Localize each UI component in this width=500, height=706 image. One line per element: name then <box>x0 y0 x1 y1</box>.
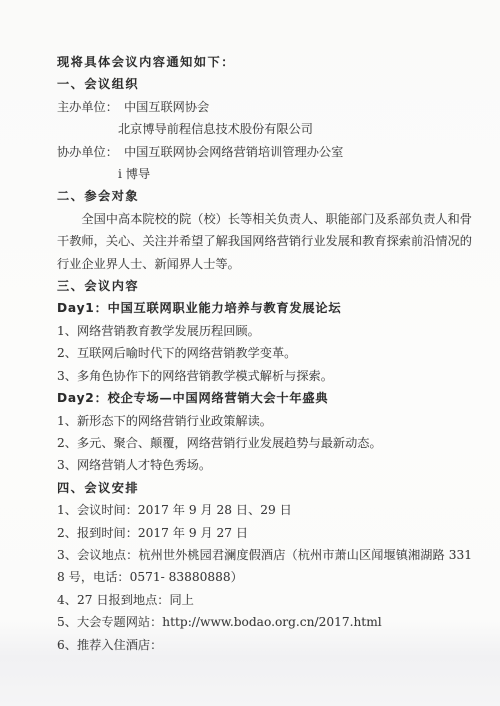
cohost-label: 协办单位： <box>57 145 118 159</box>
day2-title: Day2：校企专场—中国网络营销大会十年盛典 <box>57 387 472 409</box>
cohost-value: 中国互联网协会网络营销培训管理办公室 <box>124 145 343 159</box>
day2-item-3: 3、网络营销人才特色秀场。 <box>57 454 472 476</box>
host-label: 主办单位： <box>57 100 118 114</box>
day1-item-1: 1、网络营销教育教学发展历程回顾。 <box>57 320 472 342</box>
notice-body: 现将具体会议内容通知如下： 一、会议组织 主办单位：中国互联网协会 北京博导前程… <box>57 51 472 656</box>
arrangement-item-1: 1、会议时间：2017 年 9 月 28 日、29 日 <box>57 499 472 521</box>
cohost-line: 协办单位：中国互联网协会网络营销培训管理办公室 <box>57 141 472 163</box>
day1-item-3: 3、多角色协作下的网络营销教学模式解析与探索。 <box>57 365 472 387</box>
arrangement-item-4: 4、27 日报到地点：同上 <box>57 589 472 611</box>
day1-title: Day1：中国互联网职业能力培养与教育发展论坛 <box>57 297 472 319</box>
scanned-notice-page: 现将具体会议内容通知如下： 一、会议组织 主办单位：中国互联网协会 北京博导前程… <box>0 0 500 706</box>
host-line-2: 北京博导前程信息技术股份有限公司 <box>57 118 472 140</box>
section-4-heading: 四、会议安排 <box>57 477 472 499</box>
arrangement-item-2: 2、报到时间：2017 年 9 月 27 日 <box>57 522 472 544</box>
intro-line: 现将具体会议内容通知如下： <box>57 51 472 73</box>
section-3-heading: 三、会议内容 <box>57 275 472 297</box>
section-2-heading: 二、参会对象 <box>57 185 472 207</box>
arrangement-item-3: 3、会议地点：杭州世外桃园君澜度假酒店（杭州市萧山区闻堰镇湘湖路 3318 号，… <box>57 544 472 589</box>
day2-item-2: 2、多元、聚合、颠覆，网络营销行业发展趋势与最新动态。 <box>57 432 472 454</box>
arrangement-item-6: 6、推荐入住酒店： <box>57 634 472 656</box>
day2-item-1: 1、新形态下的网络营销行业政策解读。 <box>57 410 472 432</box>
arrangement-item-5: 5、大会专题网站：http://www.bodao.org.cn/2017.ht… <box>57 611 472 633</box>
cohost-line-2: i 博导 <box>57 163 472 185</box>
audience-paragraph: 全国中高本院校的院（校）长等相关负责人、职能部门及系部负责人和骨干教师，关心、关… <box>57 208 472 275</box>
host-value: 中国互联网协会 <box>124 100 209 114</box>
section-1-heading: 一、会议组织 <box>57 73 472 95</box>
host-line: 主办单位：中国互联网协会 <box>57 96 472 118</box>
day1-item-2: 2、互联网后喻时代下的网络营销教学变革。 <box>57 342 472 364</box>
